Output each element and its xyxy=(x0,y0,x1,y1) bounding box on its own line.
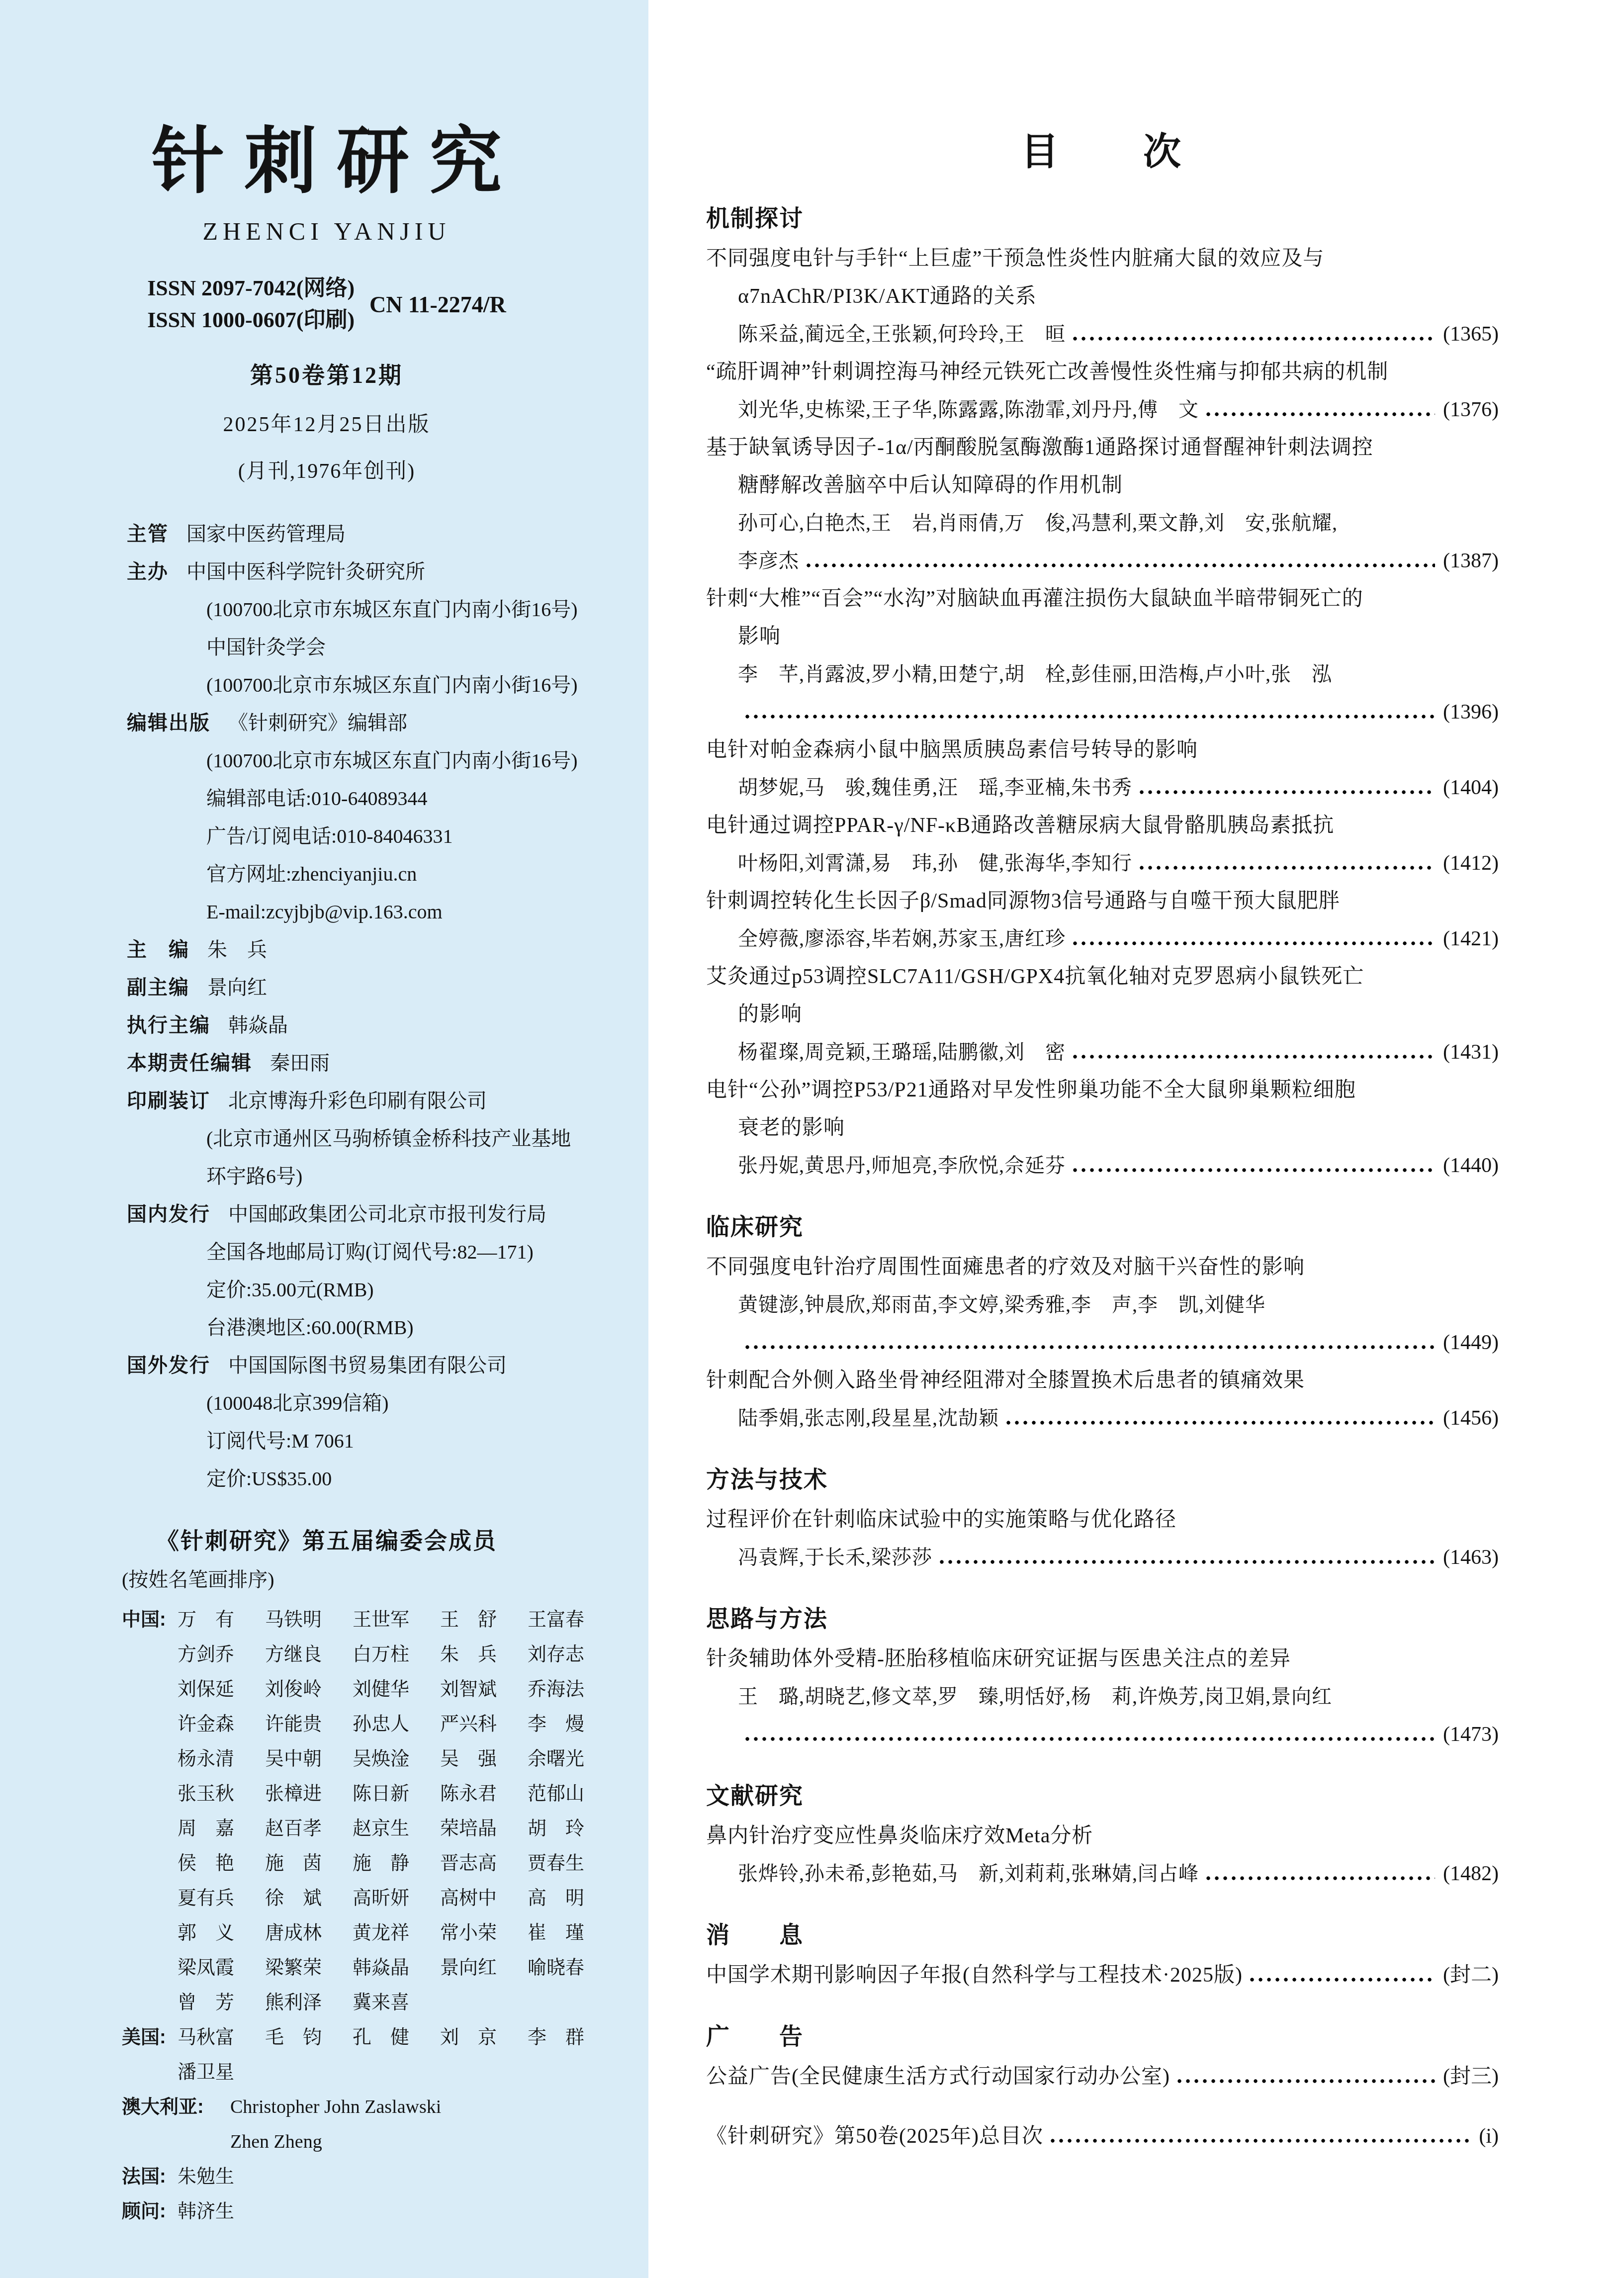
toc-page-number: (封三) xyxy=(1443,2058,1499,2096)
toc-title-text: 的影响 xyxy=(738,996,802,1033)
toc-entry-authors-line: 孙可心,白艳杰,王 岩,肖雨倩,万 俊,冯慧利,栗文静,刘 安,张航耀, xyxy=(706,504,1499,542)
toc-entry-authors-line: (1396) xyxy=(706,693,1499,731)
committee-member-name: 李 群 xyxy=(528,2020,615,2055)
committee-member-name: 施 静 xyxy=(353,1846,440,1881)
toc-entry: 不同强度电针与手针“上巨虚”干预急性炎性内脏痛大鼠的效应及与α7nAChR/PI… xyxy=(706,240,1499,353)
committee-member-name: 余曙光 xyxy=(528,1741,615,1776)
committee-group-label: 法国: xyxy=(122,2159,178,2194)
committee-member-name: 王富春 xyxy=(528,1602,615,1637)
toc-entry: 公益广告(全民健康生活方式行动国家行动办公室)(封三) xyxy=(706,2058,1499,2096)
toc-title-text: 衰老的影响 xyxy=(738,1109,845,1147)
committee-member-name: 吴中朝 xyxy=(265,1741,353,1776)
toc-page-number: (1463) xyxy=(1443,1539,1499,1576)
committee-row: 周 嘉赵百孝赵京生荣培晶胡 玲 xyxy=(122,1811,633,1846)
toc-entry-authors-line: 陈采益,蔺远全,王张颖,何玲玲,王 晅(1365) xyxy=(706,315,1499,353)
dot-leader xyxy=(1206,412,1435,417)
publisher-info-continuation: E-mail:zcyjbjb@vip.163.com xyxy=(127,893,633,931)
toc-title-text: “疏肝调神”针刺调控海马神经元铁死亡改善慢性炎性痛与抑郁共病的机制 xyxy=(706,353,1388,391)
publisher-info-label: 编辑出版 xyxy=(127,712,210,734)
toc-entry-authors-line: 胡梦妮,马 骏,魏佳勇,汪 瑶,李亚楠,朱书秀(1404) xyxy=(706,769,1499,807)
toc-section: 思路与方法针灸辅助体外受精-胚胎移植临床研究证据与医患关注点的差异王 璐,胡晓艺… xyxy=(706,1604,1499,1753)
toc-entry-title-line: 针刺配合外侧入路坐骨神经阻滞对全膝置换术后患者的镇痛效果 xyxy=(706,1362,1499,1399)
publisher-info-value: 北京博海升彩色印刷有限公司 xyxy=(228,1090,487,1112)
toc-title-text: 针灸辅助体外受精-胚胎移植临床研究证据与医患关注点的差异 xyxy=(706,1640,1291,1678)
committee-group-label: 美国: xyxy=(122,2020,178,2055)
committee-row: 杨永清吴中朝吴焕淦吴 强余曙光 xyxy=(122,1741,633,1776)
toc-authors-text: 冯袁辉,于长禾,梁莎莎 xyxy=(738,1539,932,1576)
toc-title-text: 中国学术期刊影响因子年报(自然科学与工程技术·2025版) xyxy=(706,1956,1243,1994)
toc-title-text: 电针对帕金森病小鼠中脑黑质胰岛素信号转导的影响 xyxy=(706,731,1198,769)
dot-leader xyxy=(745,714,1435,719)
committee-member-name: 毛 钧 xyxy=(265,2020,353,2055)
committee-member-name: 韩焱晶 xyxy=(353,1950,440,1985)
committee-member-name: 李 熳 xyxy=(528,1707,615,1741)
committee-row: Zhen Zheng xyxy=(122,2124,633,2159)
toc-section-heading: 文献研究 xyxy=(706,1781,1499,1810)
publisher-info-value: 朱 兵 xyxy=(207,938,267,961)
committee-member-name: 孔 健 xyxy=(353,2020,440,2055)
committee-member-name: 杨永清 xyxy=(178,1741,265,1776)
publisher-info-label: 主办 xyxy=(127,561,169,583)
publisher-info-label: 执行主编 xyxy=(127,1014,210,1036)
publisher-info-continuation: (100048北京399信箱) xyxy=(127,1384,633,1422)
toc-section-heading: 思路与方法 xyxy=(706,1604,1499,1633)
committee-row: 澳大利亚:Christopher John Zaslawski xyxy=(122,2090,633,2124)
dot-leader xyxy=(1073,941,1435,946)
committee-member-name: Zhen Zheng xyxy=(230,2124,322,2159)
committee-group-label xyxy=(122,2055,178,2090)
committee-member-name: 施 茵 xyxy=(265,1846,353,1881)
dot-leader xyxy=(1139,865,1435,870)
toc-section-heading: 机制探讨 xyxy=(706,204,1499,233)
toc-title-text: 公益广告(全民健康生活方式行动国家行动办公室) xyxy=(706,2058,1170,2096)
committee-row: 夏有兵徐 斌高昕妍高树中高 明 xyxy=(122,1881,633,1915)
committee-member-name: 范郁山 xyxy=(528,1776,615,1811)
publisher-info-label: 国外发行 xyxy=(127,1355,210,1376)
committee-group-label xyxy=(122,1846,178,1881)
toc-authors-text: 黄键澎,钟晨欣,郑雨苗,李文婷,梁秀雅,李 声,李 凯,刘健华 xyxy=(738,1286,1265,1324)
committee-row: 曾 芳熊利泽冀来喜 xyxy=(122,1985,633,2020)
toc-page-number: (1365) xyxy=(1443,315,1499,353)
committee-row: 郭 义唐成林黄龙祥常小荣崔 瑾 xyxy=(122,1915,633,1950)
committee-row: 顾问:韩济生 xyxy=(122,2194,633,2229)
committee-group-label xyxy=(122,1707,178,1741)
cn-number: CN 11-2274/R xyxy=(369,291,506,318)
toc-entry-authors-line: 黄键澎,钟晨欣,郑雨苗,李文婷,梁秀雅,李 声,李 凯,刘健华 xyxy=(706,1286,1499,1324)
toc-authors-text: 胡梦妮,马 骏,魏佳勇,汪 瑶,李亚楠,朱书秀 xyxy=(738,769,1132,807)
dot-leader xyxy=(745,1736,1435,1741)
toc-entry-title-line: 鼻内针治疗变应性鼻炎临床疗效Meta分析 xyxy=(706,1817,1499,1855)
committee-group-label xyxy=(122,1637,178,1672)
committee-member-name: 朱勉生 xyxy=(178,2159,265,2194)
publisher-info-row: 主管国家中医药管理局 xyxy=(127,515,633,553)
toc-entry-authors-line: 叶杨阳,刘霄潇,易 玮,孙 健,张海华,李知行(1412) xyxy=(706,844,1499,882)
toc-entry-authors-line: 杨翟璨,周竞颖,王璐瑶,陆鹏徽,刘 密(1431) xyxy=(706,1033,1499,1071)
toc-section: 机制探讨不同强度电针与手针“上巨虚”干预急性炎性内脏痛大鼠的效应及与α7nACh… xyxy=(706,204,1499,1185)
publisher-info-first-line: 主管国家中医药管理局 xyxy=(127,515,633,553)
committee-row: 潘卫星 xyxy=(122,2055,633,2090)
committee-group-label xyxy=(122,1915,178,1950)
toc-entry: 不同强度电针治疗周围性面瘫患者的疗效及对脑干兴奋性的影响黄键澎,钟晨欣,郑雨苗,… xyxy=(706,1248,1499,1362)
committee-member-name: 刘存志 xyxy=(528,1637,615,1672)
publisher-info-row: 本期责任编辑秦田雨 xyxy=(127,1044,633,1082)
committee-member-name: 常小荣 xyxy=(440,1915,528,1950)
committee-member-name: 崔 瑾 xyxy=(528,1915,615,1950)
toc-entry: 电针通过调控PPAR-γ/NF-κB通路改善糖尿病大鼠骨骼肌胰岛素抵抗叶杨阳,刘… xyxy=(706,807,1499,882)
toc-entry-title-line: 糖酵解改善脑卒中后认知障碍的作用机制 xyxy=(706,466,1499,504)
publisher-info-label: 副主编 xyxy=(127,977,189,999)
committee-member-name: 梁繁荣 xyxy=(265,1950,353,1985)
toc-section-heading: 临床研究 xyxy=(706,1212,1499,1241)
committee-member-name: 潘卫星 xyxy=(178,2055,265,2090)
committee-member-name: 冀来喜 xyxy=(353,1985,440,2020)
toc-entry-title-line: 基于缺氧诱导因子-1α/丙酮酸脱氢酶激酶1通路探讨通督醒神针刺法调控 xyxy=(706,429,1499,466)
toc-title-text: 不同强度电针与手针“上巨虚”干预急性炎性内脏痛大鼠的效应及与 xyxy=(706,240,1324,277)
publisher-info-row: 主 编朱 兵 xyxy=(127,931,633,969)
toc-entry-title-line: 针刺调控转化生长因子β/Smad同源物3信号通路与自噬干预大鼠肥胖 xyxy=(706,882,1499,920)
committee-member-name: 刘健华 xyxy=(353,1672,440,1707)
publisher-info-first-line: 主办中国中医科学院针灸研究所 xyxy=(127,553,633,591)
committee-member-name: 刘智斌 xyxy=(440,1672,528,1707)
committee-member-name: 唐成林 xyxy=(265,1915,353,1950)
dot-leader xyxy=(745,1345,1435,1350)
committee-row: 方剑乔方继良白万柱朱 兵刘存志 xyxy=(122,1637,633,1672)
committee-group-label: 中国: xyxy=(122,1602,178,1637)
toc-entry-title-line: 过程评价在针刺临床试验中的实施策略与优化路径 xyxy=(706,1501,1499,1539)
committee-member-name: 吴 强 xyxy=(440,1741,528,1776)
committee-member-name: 徐 斌 xyxy=(265,1881,353,1915)
publisher-info-first-line: 主 编朱 兵 xyxy=(127,931,633,969)
committee-groups: 中国:万 有马铁明王世军王 舒王富春方剑乔方继良白万柱朱 兵刘存志刘保延刘俊岭刘… xyxy=(20,1602,633,2229)
committee-member-name: 陈永君 xyxy=(440,1776,528,1811)
volume-issue: 第50卷第12期 xyxy=(20,357,633,390)
committee-member-name: 高 明 xyxy=(528,1881,615,1915)
publisher-info-row: 国内发行中国邮政集团公司北京市报刊发行局全国各地邮局订购(订阅代号:82—171… xyxy=(127,1195,633,1347)
toc-title-text: 电针“公孙”调控P53/P21通路对早发性卵巢功能不全大鼠卵巢颗粒细胞 xyxy=(706,1071,1356,1109)
toc-title-text: 影响 xyxy=(738,618,781,655)
toc-entry: 鼻内针治疗变应性鼻炎临床疗效Meta分析张烨铃,孙未希,彭艳茹,马 新,刘莉莉,… xyxy=(706,1817,1499,1893)
toc-title-text: 过程评价在针刺临床试验中的实施策略与优化路径 xyxy=(706,1501,1176,1539)
publisher-info-continuation: (北京市通州区马驹桥镇金桥科技产业基地 xyxy=(127,1120,633,1158)
publisher-info-first-line: 本期责任编辑秦田雨 xyxy=(127,1044,633,1082)
toc-authors-text: 李彦杰 xyxy=(738,542,799,580)
publish-date: 2025年12月25日出版 xyxy=(20,408,633,438)
toc-entry-authors-line: 陆季娟,张志刚,段星星,沈劼颖(1456) xyxy=(706,1399,1499,1437)
issn-column: ISSN 2097-7042(网络) ISSN 1000-0607(印刷) xyxy=(147,273,355,336)
issn-block: ISSN 2097-7042(网络) ISSN 1000-0607(印刷) CN… xyxy=(20,273,633,336)
dot-leader xyxy=(806,563,1435,568)
toc-entry: 针刺配合外侧入路坐骨神经阻滞对全膝置换术后患者的镇痛效果陆季娟,张志刚,段星星,… xyxy=(706,1362,1499,1437)
toc-page-number: (1421) xyxy=(1443,920,1499,958)
toc-entry-title-line: 电针“公孙”调控P53/P21通路对早发性卵巢功能不全大鼠卵巢颗粒细胞 xyxy=(706,1071,1499,1109)
toc-entry-title-line: 公益广告(全民健康生活方式行动国家行动办公室)(封三) xyxy=(706,2058,1499,2096)
publisher-info-continuation: (100700北京市东城区东直门内南小街16号) xyxy=(127,742,633,780)
toc-title-text: 糖酵解改善脑卒中后认知障碍的作用机制 xyxy=(738,466,1123,504)
toc-footer: 《针刺研究》第50卷(2025年)总目次 (i) xyxy=(706,2117,1499,2155)
publisher-info-label: 主 编 xyxy=(127,939,189,961)
toc-entry: 过程评价在针刺临床试验中的实施策略与优化路径冯袁辉,于长禾,梁莎莎(1463) xyxy=(706,1501,1499,1576)
committee-group-label xyxy=(122,2124,230,2159)
publisher-info-continuation: 定价:35.00元(RMB) xyxy=(127,1271,633,1309)
toc-entry: 针刺“大椎”“百会”“水沟”对脑缺血再灌注损伤大鼠缺血半暗带铜死亡的影响李 芊,… xyxy=(706,580,1499,731)
publisher-info-value: 秦田雨 xyxy=(270,1052,330,1074)
toc-entry: 艾灸通过p53调控SLC7A11/GSH/GPX4抗氧化轴对克罗恩病小鼠铁死亡的… xyxy=(706,958,1499,1071)
founded-note: (月刊,1976年创刊) xyxy=(20,455,633,484)
toc-section: 临床研究不同强度电针治疗周围性面瘫患者的疗效及对脑干兴奋性的影响黄键澎,钟晨欣,… xyxy=(706,1212,1499,1437)
committee-member-name: 夏有兵 xyxy=(178,1881,265,1915)
publisher-info-value: 景向红 xyxy=(207,976,267,999)
journal-toc-page: 针刺研究 ZHENCI YANJIU ISSN 2097-7042(网络) IS… xyxy=(0,0,1624,2278)
publisher-info-first-line: 副主编景向红 xyxy=(127,969,633,1006)
committee-member-name: 张樟进 xyxy=(265,1776,353,1811)
committee-member-name: 白万柱 xyxy=(353,1637,440,1672)
committee-member-name: 孙忠人 xyxy=(353,1707,440,1741)
committee-member-name: 方继良 xyxy=(265,1637,353,1672)
toc-authors-text: 叶杨阳,刘霄潇,易 玮,孙 健,张海华,李知行 xyxy=(738,844,1132,882)
committee-member-name: 刘保延 xyxy=(178,1672,265,1707)
toc-page-number: (1404) xyxy=(1443,769,1499,807)
toc-entry: 中国学术期刊影响因子年报(自然科学与工程技术·2025版)(封二) xyxy=(706,1956,1499,1994)
publisher-info-continuation: 全国各地邮局订购(订阅代号:82—171) xyxy=(127,1233,633,1271)
publisher-info-first-line: 国外发行中国国际图书贸易集团有限公司 xyxy=(127,1347,633,1384)
committee-group-label xyxy=(122,1985,178,2020)
toc-entry-authors-line: 张丹妮,黄思丹,师旭亮,李欣悦,佘延芬(1440) xyxy=(706,1147,1499,1185)
committee-member-name: 晋志高 xyxy=(440,1846,528,1881)
dot-leader xyxy=(1206,1876,1435,1881)
publisher-info-continuation: 台港澳地区:60.00(RMB) xyxy=(127,1309,633,1347)
committee-row: 法国:朱勉生 xyxy=(122,2159,633,2194)
committee-member-name: 熊利泽 xyxy=(265,1985,353,2020)
dot-leader xyxy=(1050,2138,1471,2143)
committee-member-name: 高昕妍 xyxy=(353,1881,440,1915)
publisher-info-continuation: 定价:US$35.00 xyxy=(127,1460,633,1498)
committee-row: 美国:马秋富毛 钧孔 健刘 京李 群 xyxy=(122,2020,633,2055)
committee-member-name: 黄龙祥 xyxy=(353,1915,440,1950)
committee-member-name: 郭 义 xyxy=(178,1915,265,1950)
toc-authors-text: 张丹妮,黄思丹,师旭亮,李欣悦,佘延芬 xyxy=(738,1147,1066,1185)
toc-authors-text: 杨翟璨,周竞颖,王璐瑶,陆鹏徽,刘 密 xyxy=(738,1033,1066,1071)
committee-member-name: 许能贵 xyxy=(265,1707,353,1741)
toc-authors-text: 陈采益,蔺远全,王张颖,何玲玲,王 晅 xyxy=(738,315,1066,353)
toc-title-text: 艾灸通过p53调控SLC7A11/GSH/GPX4抗氧化轴对克罗恩病小鼠铁死亡 xyxy=(706,958,1364,996)
committee-row: 张玉秋张樟进陈日新陈永君范郁山 xyxy=(122,1776,633,1811)
toc-sections: 机制探讨不同强度电针与手针“上巨虚”干预急性炎性内脏痛大鼠的效应及与α7nACh… xyxy=(706,204,1499,2096)
toc-section-heading: 方法与技术 xyxy=(706,1465,1499,1494)
committee-member-name: 王 舒 xyxy=(440,1602,528,1637)
committee-row: 梁凤霞梁繁荣韩焱晶景向红喻晓春 xyxy=(122,1950,633,1985)
toc-entry-title-line: 中国学术期刊影响因子年报(自然科学与工程技术·2025版)(封二) xyxy=(706,1956,1499,1994)
toc-page-number: (1482) xyxy=(1443,1855,1499,1893)
toc-entry-title-line: α7nAChR/PI3K/AKT通路的关系 xyxy=(706,277,1499,315)
publisher-info-continuation: 官方网址:zhenciyanjiu.cn xyxy=(127,855,633,893)
committee-member-name: 万 有 xyxy=(178,1602,265,1637)
publisher-info-value: 《针刺研究》编辑部 xyxy=(228,712,407,734)
publisher-info-label: 印刷装订 xyxy=(127,1090,210,1112)
dot-leader xyxy=(1139,790,1435,795)
toc-entry-title-line: 衰老的影响 xyxy=(706,1109,1499,1147)
toc-section: 消 息中国学术期刊影响因子年报(自然科学与工程技术·2025版)(封二) xyxy=(706,1920,1499,1994)
committee-member-name: 周 嘉 xyxy=(178,1811,265,1846)
committee-member-name: 王世军 xyxy=(353,1602,440,1637)
toc-page-number: (1412) xyxy=(1443,844,1499,882)
dot-leader xyxy=(1073,336,1435,341)
committee-member-name: 陈日新 xyxy=(353,1776,440,1811)
publisher-info-row: 编辑出版《针刺研究》编辑部(100700北京市东城区东直门内南小街16号)编辑部… xyxy=(127,704,633,931)
toc-title-text: 针刺调控转化生长因子β/Smad同源物3信号通路与自噬干预大鼠肥胖 xyxy=(706,882,1340,920)
committee-row: 许金森许能贵孙忠人严兴科李 熳 xyxy=(122,1707,633,1741)
committee-member-name: 乔海法 xyxy=(528,1672,615,1707)
toc-section-heading: 消 息 xyxy=(706,1920,1499,1949)
toc-entry-authors-line: (1449) xyxy=(706,1324,1499,1362)
journal-pinyin: ZHENCI YANJIU xyxy=(20,217,633,246)
committee-member-name: Christopher John Zaslawski xyxy=(230,2090,441,2124)
toc-entry-title-line: 针灸辅助体外受精-胚胎移植临床研究证据与医患关注点的差异 xyxy=(706,1640,1499,1678)
toc-section: 文献研究鼻内针治疗变应性鼻炎临床疗效Meta分析张烨铃,孙未希,彭艳茹,马 新,… xyxy=(706,1781,1499,1893)
publisher-info-continuation: (100700北京市东城区东直门内南小街16号) xyxy=(127,666,633,704)
publisher-info-row: 主办中国中医科学院针灸研究所(100700北京市东城区东直门内南小街16号)中国… xyxy=(127,553,633,704)
journal-title: 针刺研究 xyxy=(20,119,633,204)
toc-authors-text: 李 芊,肖露波,罗小精,田楚宁,胡 栓,彭佳丽,田浩梅,卢小叶,张 泓 xyxy=(738,655,1332,693)
publisher-info-first-line: 国内发行中国邮政集团公司北京市报刊发行局 xyxy=(127,1195,633,1233)
publisher-info-continuation: 订阅代号:M 7061 xyxy=(127,1422,633,1460)
committee-group-label xyxy=(122,1741,178,1776)
committee-member-name: 侯 艳 xyxy=(178,1846,265,1881)
committee-group-label xyxy=(122,1881,178,1915)
publisher-info-continuation: 编辑部电话:010-64089344 xyxy=(127,780,633,818)
publisher-info-value: 国家中医药管理局 xyxy=(186,523,346,545)
committee-row: 刘保延刘俊岭刘健华刘智斌乔海法 xyxy=(122,1672,633,1707)
toc-footer-page: (i) xyxy=(1479,2117,1499,2155)
toc-entry-authors-line: 刘光华,史栋梁,王子华,陈露露,陈渤霏,刘丹丹,傅 文(1376) xyxy=(706,391,1499,429)
dot-leader xyxy=(1177,2079,1435,2084)
committee-row: 侯 艳施 茵施 静晋志高贾春生 xyxy=(122,1846,633,1881)
committee-member-name: 刘 京 xyxy=(440,2020,528,2055)
toc-entry-authors-line: 李彦杰(1387) xyxy=(706,542,1499,580)
toc-entry: 基于缺氧诱导因子-1α/丙酮酸脱氢酶激酶1通路探讨通督醒神针刺法调控糖酵解改善脑… xyxy=(706,429,1499,580)
toc-entry: 针灸辅助体外受精-胚胎移植临床研究证据与医患关注点的差异王 璐,胡晓艺,修文萃,… xyxy=(706,1640,1499,1753)
committee-member-name: 赵百孝 xyxy=(265,1811,353,1846)
committee-member-name: 马铁明 xyxy=(265,1602,353,1637)
toc-title-text: 基于缺氧诱导因子-1α/丙酮酸脱氢酶激酶1通路探讨通督醒神针刺法调控 xyxy=(706,429,1373,466)
publisher-info-row: 国外发行中国国际图书贸易集团有限公司(100048北京399信箱)订阅代号:M … xyxy=(127,1347,633,1498)
toc-entry-authors-line: 张烨铃,孙未希,彭艳茹,马 新,刘莉莉,张琳婧,闫占峰(1482) xyxy=(706,1855,1499,1893)
publisher-info-continuation: 环宇路6号) xyxy=(127,1158,633,1195)
publisher-info-first-line: 印刷装订北京博海升彩色印刷有限公司 xyxy=(127,1082,633,1120)
toc-page-number: (1449) xyxy=(1443,1324,1499,1362)
committee-member-name: 贾春生 xyxy=(528,1846,615,1881)
toc-title-text: 不同强度电针治疗周围性面瘫患者的疗效及对脑干兴奋性的影响 xyxy=(706,1248,1305,1286)
committee-member-name: 吴焕淦 xyxy=(353,1741,440,1776)
committee-member-name: 梁凤霞 xyxy=(178,1950,265,1985)
committee-member-name: 景向红 xyxy=(440,1950,528,1985)
toc-entry-title-line: 针刺“大椎”“百会”“水沟”对脑缺血再灌注损伤大鼠缺血半暗带铜死亡的 xyxy=(706,580,1499,618)
committee-member-name: 刘俊岭 xyxy=(265,1672,353,1707)
committee-member-name: 韩济生 xyxy=(178,2194,265,2229)
publisher-info-continuation: 广告/订阅电话:010-84046331 xyxy=(127,818,633,855)
toc-entry-title-line: 电针对帕金森病小鼠中脑黑质胰岛素信号转导的影响 xyxy=(706,731,1499,769)
publisher-info-row: 印刷装订北京博海升彩色印刷有限公司(北京市通州区马驹桥镇金桥科技产业基地环宇路6… xyxy=(127,1082,633,1195)
toc-page-number: (1376) xyxy=(1443,391,1499,429)
toc-entry: 电针“公孙”调控P53/P21通路对早发性卵巢功能不全大鼠卵巢颗粒细胞衰老的影响… xyxy=(706,1071,1499,1185)
dot-leader xyxy=(939,1559,1435,1564)
toc-page-number: (封二) xyxy=(1443,1956,1499,1994)
publisher-info-value: 韩焱晶 xyxy=(228,1014,288,1036)
committee-member-name: 高树中 xyxy=(440,1881,528,1915)
toc-page-number: (1473) xyxy=(1443,1716,1499,1753)
committee-group-label: 顾问: xyxy=(122,2194,178,2229)
committee-member-name: 朱 兵 xyxy=(440,1637,528,1672)
committee-member-name: 许金森 xyxy=(178,1707,265,1741)
publisher-info-value: 中国邮政集团公司北京市报刊发行局 xyxy=(228,1203,546,1225)
toc-title-text: 电针通过调控PPAR-γ/NF-κB通路改善糖尿病大鼠骨骼肌胰岛素抵抗 xyxy=(706,807,1334,844)
toc-authors-text: 王 璐,胡晓艺,修文萃,罗 臻,明恬妤,杨 莉,许焕芳,岗卫娟,景向红 xyxy=(738,1678,1332,1716)
committee-row: 中国:万 有马铁明王世军王 舒王富春 xyxy=(122,1602,633,1637)
dot-leader xyxy=(1073,1054,1435,1059)
toc-authors-text: 孙可心,白艳杰,王 岩,肖雨倩,万 俊,冯慧利,栗文静,刘 安,张航耀, xyxy=(738,504,1338,542)
toc-section: 广 告公益广告(全民健康生活方式行动国家行动办公室)(封三) xyxy=(706,2022,1499,2096)
toc-entry-title-line: 不同强度电针与手针“上巨虚”干预急性炎性内脏痛大鼠的效应及与 xyxy=(706,240,1499,277)
toc-entry-authors-line: 李 芊,肖露波,罗小精,田楚宁,胡 栓,彭佳丽,田浩梅,卢小叶,张 泓 xyxy=(706,655,1499,693)
toc-title: 目 次 xyxy=(706,128,1499,176)
committee-member-name: 方剑乔 xyxy=(178,1637,265,1672)
toc-authors-text: 刘光华,史栋梁,王子华,陈露露,陈渤霏,刘丹丹,傅 文 xyxy=(738,391,1199,429)
committee-member-name: 喻晓春 xyxy=(528,1950,615,1985)
toc-page-number: (1431) xyxy=(1443,1033,1499,1071)
toc-authors-text: 陆季娟,张志刚,段星星,沈劼颖 xyxy=(738,1399,999,1437)
publisher-info-list: 主管国家中医药管理局主办中国中医科学院针灸研究所(100700北京市东城区东直门… xyxy=(127,515,633,1498)
toc-footer-text: 《针刺研究》第50卷(2025年)总目次 xyxy=(706,2117,1043,2155)
dot-leader xyxy=(1006,1420,1435,1425)
toc-page-number: (1440) xyxy=(1443,1147,1499,1185)
committee-group-label xyxy=(122,1950,178,1985)
toc-entry-title-line: 不同强度电针治疗周围性面瘫患者的疗效及对脑干兴奋性的影响 xyxy=(706,1248,1499,1286)
issn-print: ISSN 1000-0607(印刷) xyxy=(147,304,355,336)
toc-entry-authors-line: 冯袁辉,于长禾,梁莎莎(1463) xyxy=(706,1539,1499,1576)
toc-entry-title-line: 影响 xyxy=(706,618,1499,655)
publisher-info-label: 国内发行 xyxy=(127,1203,210,1225)
committee-member-name: 荣培晶 xyxy=(440,1811,528,1846)
publisher-info-continuation: 中国针灸学会 xyxy=(127,629,633,666)
publisher-info-row: 执行主编韩焱晶 xyxy=(127,1006,633,1044)
toc-title-text: 针刺“大椎”“百会”“水沟”对脑缺血再灌注损伤大鼠缺血半暗带铜死亡的 xyxy=(706,580,1363,618)
toc-entry-title-line: “疏肝调神”针刺调控海马神经元铁死亡改善慢性炎性痛与抑郁共病的机制 xyxy=(706,353,1499,391)
toc-panel: 目 次 机制探讨不同强度电针与手针“上巨虚”干预急性炎性内脏痛大鼠的效应及与α7… xyxy=(648,0,1624,2278)
toc-section: 方法与技术过程评价在针刺临床试验中的实施策略与优化路径冯袁辉,于长禾,梁莎莎(1… xyxy=(706,1465,1499,1576)
toc-page-number: (1456) xyxy=(1443,1399,1499,1437)
toc-entry: “疏肝调神”针刺调控海马神经元铁死亡改善慢性炎性痛与抑郁共病的机制刘光华,史栋梁… xyxy=(706,353,1499,429)
toc-entry-title-line: 电针通过调控PPAR-γ/NF-κB通路改善糖尿病大鼠骨骼肌胰岛素抵抗 xyxy=(706,807,1499,844)
committee-member-name: 严兴科 xyxy=(440,1707,528,1741)
publisher-info-first-line: 编辑出版《针刺研究》编辑部 xyxy=(127,704,633,742)
publisher-info-value: 中国中医科学院针灸研究所 xyxy=(186,560,425,583)
committee-title: 《针刺研究》第五届编委会成员 xyxy=(20,1526,633,1555)
publisher-info-label: 主管 xyxy=(127,523,169,545)
toc-entry-authors-line: 全婷薇,廖添容,毕若娴,苏家玉,唐红珍(1421) xyxy=(706,920,1499,958)
publisher-info-continuation: (100700北京市东城区东直门内南小街16号) xyxy=(127,591,633,629)
toc-title-text: α7nAChR/PI3K/AKT通路的关系 xyxy=(738,277,1037,315)
committee-group-label xyxy=(122,1672,178,1707)
toc-title-text: 针刺配合外侧入路坐骨神经阻滞对全膝置换术后患者的镇痛效果 xyxy=(706,1362,1305,1399)
publisher-info-value: 中国国际图书贸易集团有限公司 xyxy=(228,1354,507,1376)
committee-note: (按姓名笔画排序) xyxy=(122,1563,633,1596)
committee-member-name: 胡 玲 xyxy=(528,1811,615,1846)
committee-member-name: 马秋富 xyxy=(178,2020,265,2055)
issn-online: ISSN 2097-7042(网络) xyxy=(147,273,355,304)
toc-entry-title-line: 的影响 xyxy=(706,996,1499,1033)
toc-page-number: (1387) xyxy=(1443,542,1499,580)
toc-authors-text: 全婷薇,廖添容,毕若娴,苏家玉,唐红珍 xyxy=(738,920,1066,958)
committee-group-label xyxy=(122,1811,178,1846)
